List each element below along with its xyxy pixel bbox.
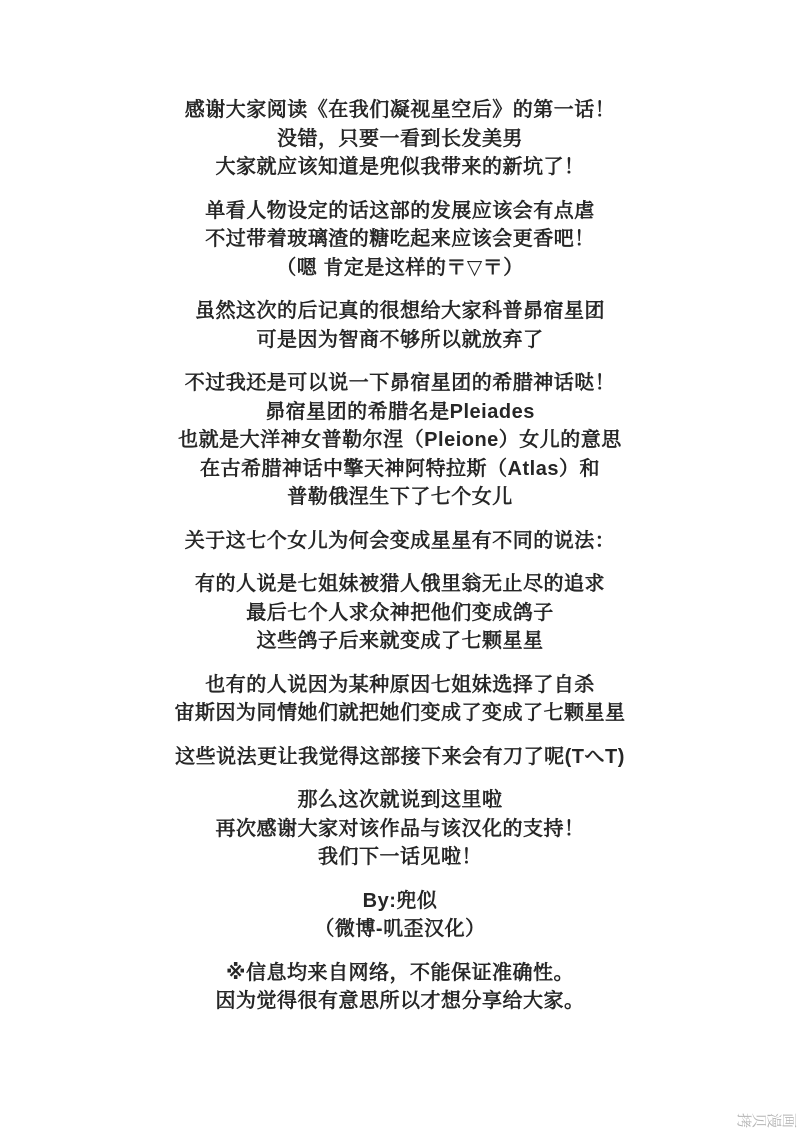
- text-line: ※信息均来自网络，不能保证准确性。: [0, 959, 800, 988]
- watermark-char: 贝: [751, 1113, 766, 1128]
- text-line: 因为觉得很有意思所以才想分享给大家。: [0, 987, 800, 1016]
- text-line: 也有的人说因为某种原因七姐妹选择了自杀: [0, 671, 800, 700]
- text-line: 可是因为智商不够所以就放弃了: [0, 326, 800, 355]
- paragraph-comment: 这些说法更让我觉得这部接下来会有刀了呢(TへT): [0, 743, 800, 772]
- paragraph-pleiades-intro: 虽然这次的后记真的很想给大家科普昴宿星团 可是因为智商不够所以就放弃了: [0, 297, 800, 354]
- site-watermark: 拷贝漫画: [736, 1113, 796, 1128]
- text-line: 单看人物设定的话这部的发展应该会有点虐: [0, 197, 800, 226]
- paragraph-signature: By:兜似 （微博-叽歪汉化）: [0, 887, 800, 944]
- paragraph-closing: 那么这次就说到这里啦 再次感谢大家对该作品与该汉化的支持！ 我们下一话见啦！: [0, 786, 800, 872]
- afterword-page: 感谢大家阅读《在我们凝视星空后》的第一话！ 没错，只要一看到长发美男 大家就应该…: [0, 0, 800, 1138]
- watermark-char: 画: [781, 1113, 796, 1128]
- text-line: 我们下一话见啦！: [0, 843, 800, 872]
- text-line: 有的人说是七姐妹被猎人俄里翁无止尽的追求: [0, 570, 800, 599]
- text-line: 再次感谢大家对该作品与该汉化的支持！: [0, 815, 800, 844]
- paragraph-legend-suicide: 也有的人说因为某种原因七姐妹选择了自杀 宙斯因为同情她们就把她们变成了变成了七颗…: [0, 671, 800, 728]
- text-line: 在古希腊神话中擎天神阿特拉斯（Atlas）和: [0, 455, 800, 484]
- paragraph-disclaimer: ※信息均来自网络，不能保证准确性。 因为觉得很有意思所以才想分享给大家。: [0, 959, 800, 1016]
- text-line: 虽然这次的后记真的很想给大家科普昴宿星团: [0, 297, 800, 326]
- text-line: 关于这七个女儿为何会变成星星有不同的说法：: [0, 527, 800, 556]
- text-line: 那么这次就说到这里啦: [0, 786, 800, 815]
- text-line: 大家就应该知道是兜似我带来的新坑了！: [0, 153, 800, 182]
- text-line: 最后七个人求众神把他们变成鸽子: [0, 599, 800, 628]
- text-line: 这些说法更让我觉得这部接下来会有刀了呢(TへT): [0, 743, 800, 772]
- text-line: 普勒俄涅生下了七个女儿: [0, 483, 800, 512]
- text-line: 不过带着玻璃渣的糖吃起来应该会更香吧！: [0, 225, 800, 254]
- watermark-char: 漫: [766, 1113, 781, 1128]
- text-line: 宙斯因为同情她们就把她们变成了变成了七颗星星: [0, 699, 800, 728]
- paragraph-impression: 单看人物设定的话这部的发展应该会有点虐 不过带着玻璃渣的糖吃起来应该会更香吧！ …: [0, 197, 800, 283]
- text-line: 也就是大洋神女普勒尔涅（Pleione）女儿的意思: [0, 426, 800, 455]
- text-line: 这些鸽子后来就变成了七颗星星: [0, 627, 800, 656]
- signature-line: By:兜似: [0, 887, 800, 916]
- text-line: 昴宿星团的希腊名是Pleiades: [0, 398, 800, 427]
- paragraph-greek-myth: 不过我还是可以说一下昴宿星团的希腊神话哒！ 昴宿星团的希腊名是Pleiades …: [0, 369, 800, 512]
- paragraph-legend-doves: 有的人说是七姐妹被猎人俄里翁无止尽的追求 最后七个人求众神把他们变成鸽子 这些鸽…: [0, 570, 800, 656]
- paragraph-intro: 感谢大家阅读《在我们凝视星空后》的第一话！ 没错，只要一看到长发美男 大家就应该…: [0, 96, 800, 182]
- afterword-text: 感谢大家阅读《在我们凝视星空后》的第一话！ 没错，只要一看到长发美男 大家就应该…: [0, 0, 800, 1016]
- text-line: 不过我还是可以说一下昴宿星团的希腊神话哒！: [0, 369, 800, 398]
- watermark-char: 拷: [736, 1113, 751, 1128]
- signature-group-line: （微博-叽歪汉化）: [0, 915, 800, 944]
- text-line: 没错，只要一看到长发美男: [0, 125, 800, 154]
- paragraph-legends-lead: 关于这七个女儿为何会变成星星有不同的说法：: [0, 527, 800, 556]
- text-line: （嗯 肯定是这样的〒▽〒）: [0, 254, 800, 283]
- text-line: 感谢大家阅读《在我们凝视星空后》的第一话！: [0, 96, 800, 125]
